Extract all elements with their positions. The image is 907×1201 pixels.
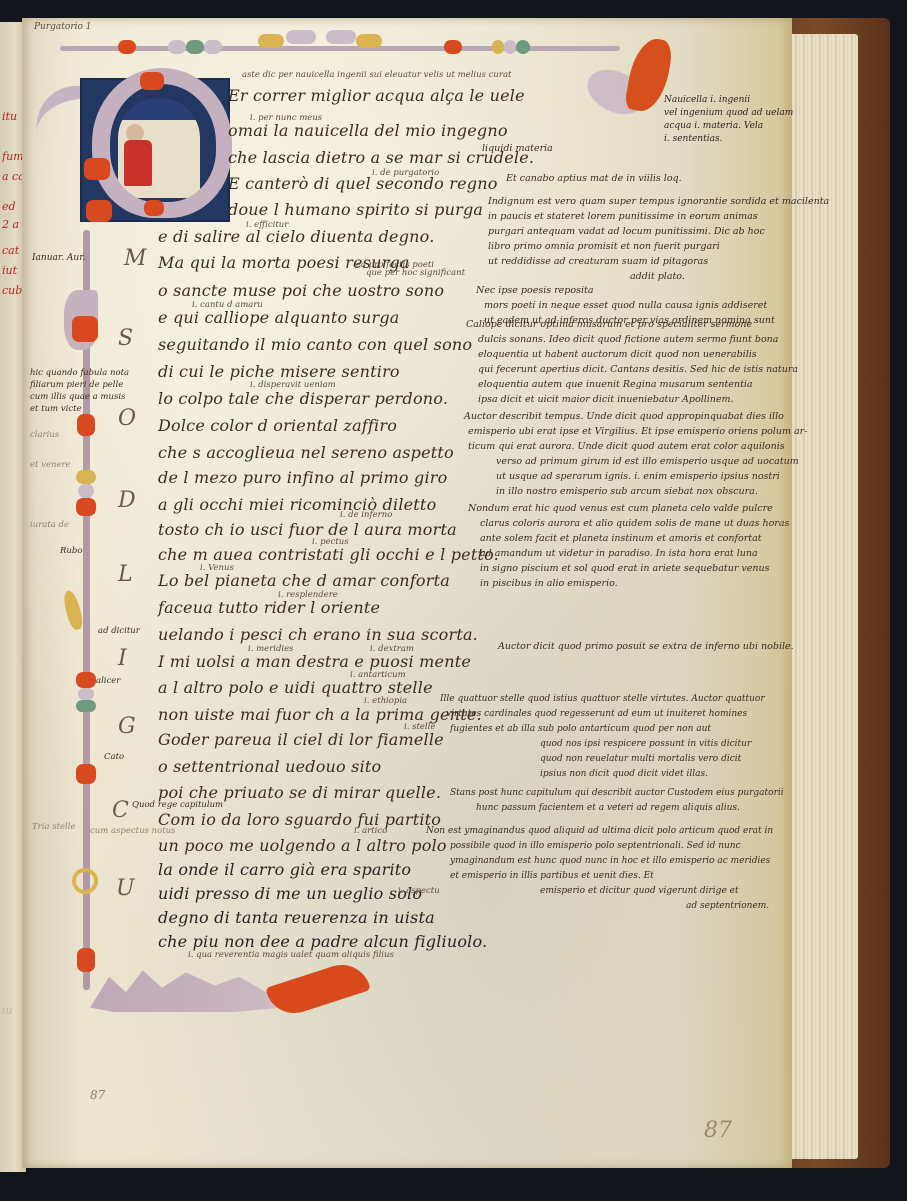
margin-note: Tria stelle bbox=[32, 822, 76, 832]
border-knot-icon bbox=[78, 484, 94, 498]
margin-note: cum illis quae a musis bbox=[30, 392, 125, 402]
verse-line: Lo bel pianeta che d amar conforta bbox=[158, 571, 450, 590]
commentary-line: in signo piscium et sol quod erat in ari… bbox=[480, 562, 770, 577]
previous-page-fragment: itu bbox=[2, 106, 24, 127]
folio-number-right: 87 bbox=[704, 1118, 732, 1143]
commentary-line: Nondum erat hic quod venus est cum plane… bbox=[468, 502, 773, 517]
verse-line: e qui calliope alquanto surga bbox=[158, 308, 400, 327]
right-margin-gloss: vel ingenium quod ad uelam bbox=[664, 108, 793, 118]
border-knot-icon bbox=[76, 764, 96, 784]
verse-line: a l altro polo e uidi quattro stelle bbox=[158, 678, 433, 697]
verse-line: faceua tutto rider l oriente bbox=[158, 598, 380, 617]
commentary-line: Et canabo aptius mat de in viilis loq. bbox=[506, 172, 682, 187]
border-leaf-icon bbox=[286, 30, 316, 44]
verse-line: uidi presso di me un ueglio solo bbox=[158, 884, 422, 903]
verse-line: o sancte muse poi che uostro sono bbox=[158, 281, 444, 300]
initial-knot-icon bbox=[84, 158, 110, 180]
top-left-note: Purgatorio 1 bbox=[34, 22, 92, 32]
border-leaf-icon bbox=[258, 34, 284, 48]
commentary-line: ipsius non dicit quod dicit videt illas. bbox=[540, 767, 708, 782]
border-knot-icon bbox=[504, 40, 516, 54]
margin-capital: S bbox=[118, 326, 133, 351]
commentary-line: qui fecerunt apertius dicit. Cantans des… bbox=[478, 363, 798, 378]
interlinear-gloss: i. de purgatorio bbox=[372, 168, 439, 178]
border-knot-icon bbox=[168, 40, 186, 54]
commentary-line: ante solem facit et planeta instinum et … bbox=[480, 532, 762, 547]
margin-note: Rubo bbox=[60, 546, 82, 556]
commentary-line: ad septentrionem. bbox=[686, 899, 769, 914]
border-knot-icon bbox=[186, 40, 204, 54]
commentary-line: ticum qui erat aurora. Unde dicit quod a… bbox=[468, 440, 785, 455]
commentary-line: verso ad primum girum id est illo emispe… bbox=[496, 455, 799, 470]
illuminated-initial-letter-p bbox=[92, 68, 232, 218]
commentary-line: Auctor dicit quod primo posuit se extra … bbox=[498, 640, 794, 655]
margin-note: alicer bbox=[96, 676, 120, 686]
interlinear-gloss: i. stelle bbox=[404, 722, 435, 732]
interlinear-gloss: i. antarticum bbox=[350, 670, 406, 680]
previous-page-fragment: 2 a bbox=[2, 214, 24, 235]
border-knot-icon bbox=[78, 688, 94, 700]
right-margin-gloss: acqua i. materia. Vela bbox=[664, 121, 763, 131]
interlinear-gloss: que per hoc significant bbox=[366, 268, 465, 278]
commentary-line: in piscibus in alio emisperio. bbox=[480, 577, 618, 592]
verse-line: a gli occhi miei ricominciò diletto bbox=[158, 495, 436, 514]
interlinear-gloss: i. artico bbox=[354, 826, 387, 836]
commentary-line: quod non reuelatur multi mortalis vero d… bbox=[540, 752, 741, 767]
initial-knot-icon bbox=[140, 72, 164, 90]
commentary-line: in paucis et stateret lorem punitissime … bbox=[488, 210, 758, 225]
previous-page-fragment: cub bbox=[2, 280, 24, 301]
commentary-line: Stans post hunc capitulum qui describit … bbox=[450, 786, 784, 801]
border-knot-icon bbox=[76, 470, 96, 484]
margin-capital: O bbox=[118, 406, 136, 431]
verse-line: de l mezo puro infino al primo giro bbox=[158, 468, 447, 487]
commentary-line: virtutes cardinales quod regesserunt ad … bbox=[446, 707, 747, 722]
interlinear-gloss: i. pectus bbox=[312, 537, 349, 547]
border-knot-icon bbox=[118, 40, 136, 54]
previous-page-fragment: iut bbox=[2, 260, 24, 281]
verse-line: lo colpo tale che disperar perdono. bbox=[158, 389, 448, 408]
interlinear-gloss: i. de inferno bbox=[340, 510, 392, 520]
border-knot-icon bbox=[76, 700, 96, 712]
commentary-line: Ille quattuor stelle quod istius quattuo… bbox=[440, 692, 765, 707]
commentary-line: hunc passum facientem et a veteri ad reg… bbox=[476, 801, 740, 816]
commentary-line: addit plato. bbox=[630, 270, 685, 285]
margin-note: filiarum pieri de pelle bbox=[30, 380, 123, 390]
commentary-line: emisperio ubi erat ipse et Virgilius. Et… bbox=[468, 425, 807, 440]
border-knot-icon bbox=[444, 40, 462, 54]
verse-line: tosto ch io usci fuor de l aura morta bbox=[158, 520, 457, 539]
folio-number-left: 87 bbox=[90, 1088, 105, 1102]
commentary-line: Nec ipse poesis reposita bbox=[476, 284, 594, 299]
commentary-line: dulcis sonans. Ideo dicit quod fictione … bbox=[478, 333, 778, 348]
margin-capital: I bbox=[118, 646, 127, 671]
border-knot-icon bbox=[516, 40, 530, 54]
margin-capital: D bbox=[118, 488, 136, 513]
interlinear-gloss: i. qua reverentia magis ualet quam aliqu… bbox=[188, 950, 394, 960]
previous-page-fragment: cat bbox=[2, 240, 24, 261]
margin-note: et venere bbox=[30, 460, 71, 470]
verse-line: di cui le piche misere sentiro bbox=[158, 362, 400, 381]
interlinear-gloss: i. ethiopia bbox=[364, 696, 407, 706]
margin-note: hic quando fabula nota bbox=[30, 368, 129, 378]
interlinear-gloss: i. cantu d amaru bbox=[192, 300, 263, 310]
verse-line: E canterò di quel secondo regno bbox=[228, 174, 498, 193]
previous-page-fragment: a ca bbox=[2, 166, 24, 187]
margin-note: Cato bbox=[104, 752, 124, 762]
verse-line: Com io da loro sguardo fui partito bbox=[158, 810, 441, 829]
verse-line: Dolce color d oriental zaffiro bbox=[158, 416, 397, 435]
interlinear-gloss: aste dic per nauicella ingenii sui eleua… bbox=[242, 70, 511, 80]
margin-capital: G bbox=[118, 714, 136, 739]
commentary-line: clarus coloris aurora et alio quidem sol… bbox=[480, 517, 789, 532]
verse-line: un poco me uolgendo a l altro polo bbox=[158, 836, 447, 855]
verse-line: uelando i pesci ch erano in sua scorta. bbox=[158, 625, 478, 644]
interlinear-gloss: i. per nunc meus bbox=[250, 113, 322, 123]
commentary-line: Auctor describit tempus. Unde dicit quod… bbox=[464, 410, 784, 425]
verse-line: doue l humano spirito si purga bbox=[228, 200, 483, 219]
commentary-line: Indignum est vero quam super tempus igno… bbox=[488, 195, 829, 210]
margin-note: Quod rege capitulum bbox=[132, 800, 223, 810]
border-knot-icon bbox=[77, 414, 95, 436]
commentary-line: libro primo omnia promisit et non fuerit… bbox=[488, 240, 720, 255]
verse-line: che s accoglieua nel sereno aspetto bbox=[158, 443, 454, 462]
border-knot-icon bbox=[204, 40, 222, 54]
commentary-line: mors poeti in neque esset quod nulla cau… bbox=[484, 299, 767, 314]
verse-line: seguitando il mio canto con quel sono bbox=[158, 335, 472, 354]
interlinear-gloss: i. Venus bbox=[200, 563, 234, 573]
commentary-line: ut reddidisse ad creaturam suam id pitag… bbox=[488, 255, 708, 270]
commentary-line: eloquentia ut habent auctorum dicit quod… bbox=[478, 348, 757, 363]
border-knot-icon bbox=[76, 498, 96, 516]
interlinear-gloss: i. aspectu bbox=[398, 886, 440, 896]
commentary-line: purgari antequam vadat ad locum punitiss… bbox=[488, 225, 765, 240]
verse-line: omai la nauicella del mio ingegno bbox=[228, 121, 508, 140]
commentary-line: Caliope dicitur optima musarum et pro sp… bbox=[466, 318, 752, 333]
commentary-line: liquidi materia bbox=[482, 142, 553, 157]
interlinear-gloss: i. dextram bbox=[370, 644, 414, 654]
margin-note: ad dicitur bbox=[98, 626, 140, 636]
border-knot-icon bbox=[76, 672, 96, 688]
verse-line: che m auea contristati gli occhi e l pet… bbox=[158, 545, 499, 564]
margin-note: cum aspectus notus bbox=[90, 826, 175, 836]
interlinear-gloss: i. efficitur bbox=[246, 220, 288, 230]
margin-capital: U bbox=[116, 876, 135, 901]
previous-page-fragment: fum bbox=[2, 146, 24, 167]
margin-note: Ianuar. Aur. bbox=[32, 253, 85, 263]
border-knot-icon bbox=[77, 948, 95, 972]
verse-line: la onde il carro già era sparito bbox=[158, 860, 411, 879]
commentary-line: eloquentia autem que inuenit Regina musa… bbox=[478, 378, 753, 393]
commentary-line: fugientes et ab illa sub polo antarticum… bbox=[450, 722, 711, 737]
commentary-line: emisperio et dicitur quod vigerunt dirig… bbox=[540, 884, 739, 899]
commentary-line: ad amandum ut videtur in paradiso. In is… bbox=[480, 547, 758, 562]
commentary-line: quod nos ipsi respicere possunt in vitis… bbox=[540, 737, 751, 752]
border-knot-icon bbox=[492, 40, 504, 54]
border-leaf-icon bbox=[326, 30, 356, 44]
margin-note: iurata de bbox=[30, 520, 69, 530]
border-loop-icon bbox=[72, 868, 98, 894]
margin-note: clarius bbox=[30, 430, 59, 440]
commentary-line: et emisperio in illis partibus et uenit … bbox=[450, 869, 654, 884]
verse-line: Goder pareua il ciel di lor fiamelle bbox=[158, 730, 444, 749]
commentary-line: in illo nostro emisperio sub arcum sieba… bbox=[496, 485, 758, 500]
previous-page-fragment: iu bbox=[2, 1000, 24, 1021]
margin-note: et tum victe bbox=[30, 404, 82, 414]
commentary-line: ymaginandum est hunc quod nunc in hoc et… bbox=[450, 854, 770, 869]
commentary-line: possibile quod in illo emisperio polo se… bbox=[450, 839, 741, 854]
interlinear-gloss: i. disperavit ueniam bbox=[250, 380, 336, 390]
interlinear-gloss: i. resplendere bbox=[278, 590, 338, 600]
right-margin-gloss: i. sententias. bbox=[664, 134, 722, 144]
commentary-line: ut usque ad sperarum ignis. i. enim emis… bbox=[496, 470, 780, 485]
initial-knot-icon bbox=[144, 200, 164, 216]
commentary-line: ipsa dicit et uicit maior dicit inuenieb… bbox=[478, 393, 734, 408]
verse-line: Er correr miglior acqua alça le uele bbox=[228, 86, 525, 105]
border-leaf-icon bbox=[356, 34, 382, 48]
verse-line: che piu non dee a padre alcun figliuolo. bbox=[158, 932, 487, 951]
verse-line: I mi uolsi a man destra e puosi mente bbox=[158, 652, 471, 671]
margin-capital: M bbox=[124, 246, 147, 271]
initial-knot-icon bbox=[86, 200, 112, 222]
verse-line: degno di tanta reuerenza in uista bbox=[158, 908, 435, 927]
right-margin-gloss: Nauicella i. ingenii bbox=[664, 95, 750, 105]
margin-capital: L bbox=[118, 562, 133, 587]
commentary-line: Non est ymaginandus quod aliquid ad ulti… bbox=[426, 824, 773, 839]
border-knot-icon bbox=[72, 316, 98, 342]
interlinear-gloss: i. meridies bbox=[248, 644, 294, 654]
verse-line: e di salire al cielo diuenta degno. bbox=[158, 227, 435, 246]
verse-line: o settentrional uedouo sito bbox=[158, 757, 381, 776]
top-border-bar bbox=[60, 46, 620, 51]
margin-capital: C bbox=[112, 798, 129, 823]
